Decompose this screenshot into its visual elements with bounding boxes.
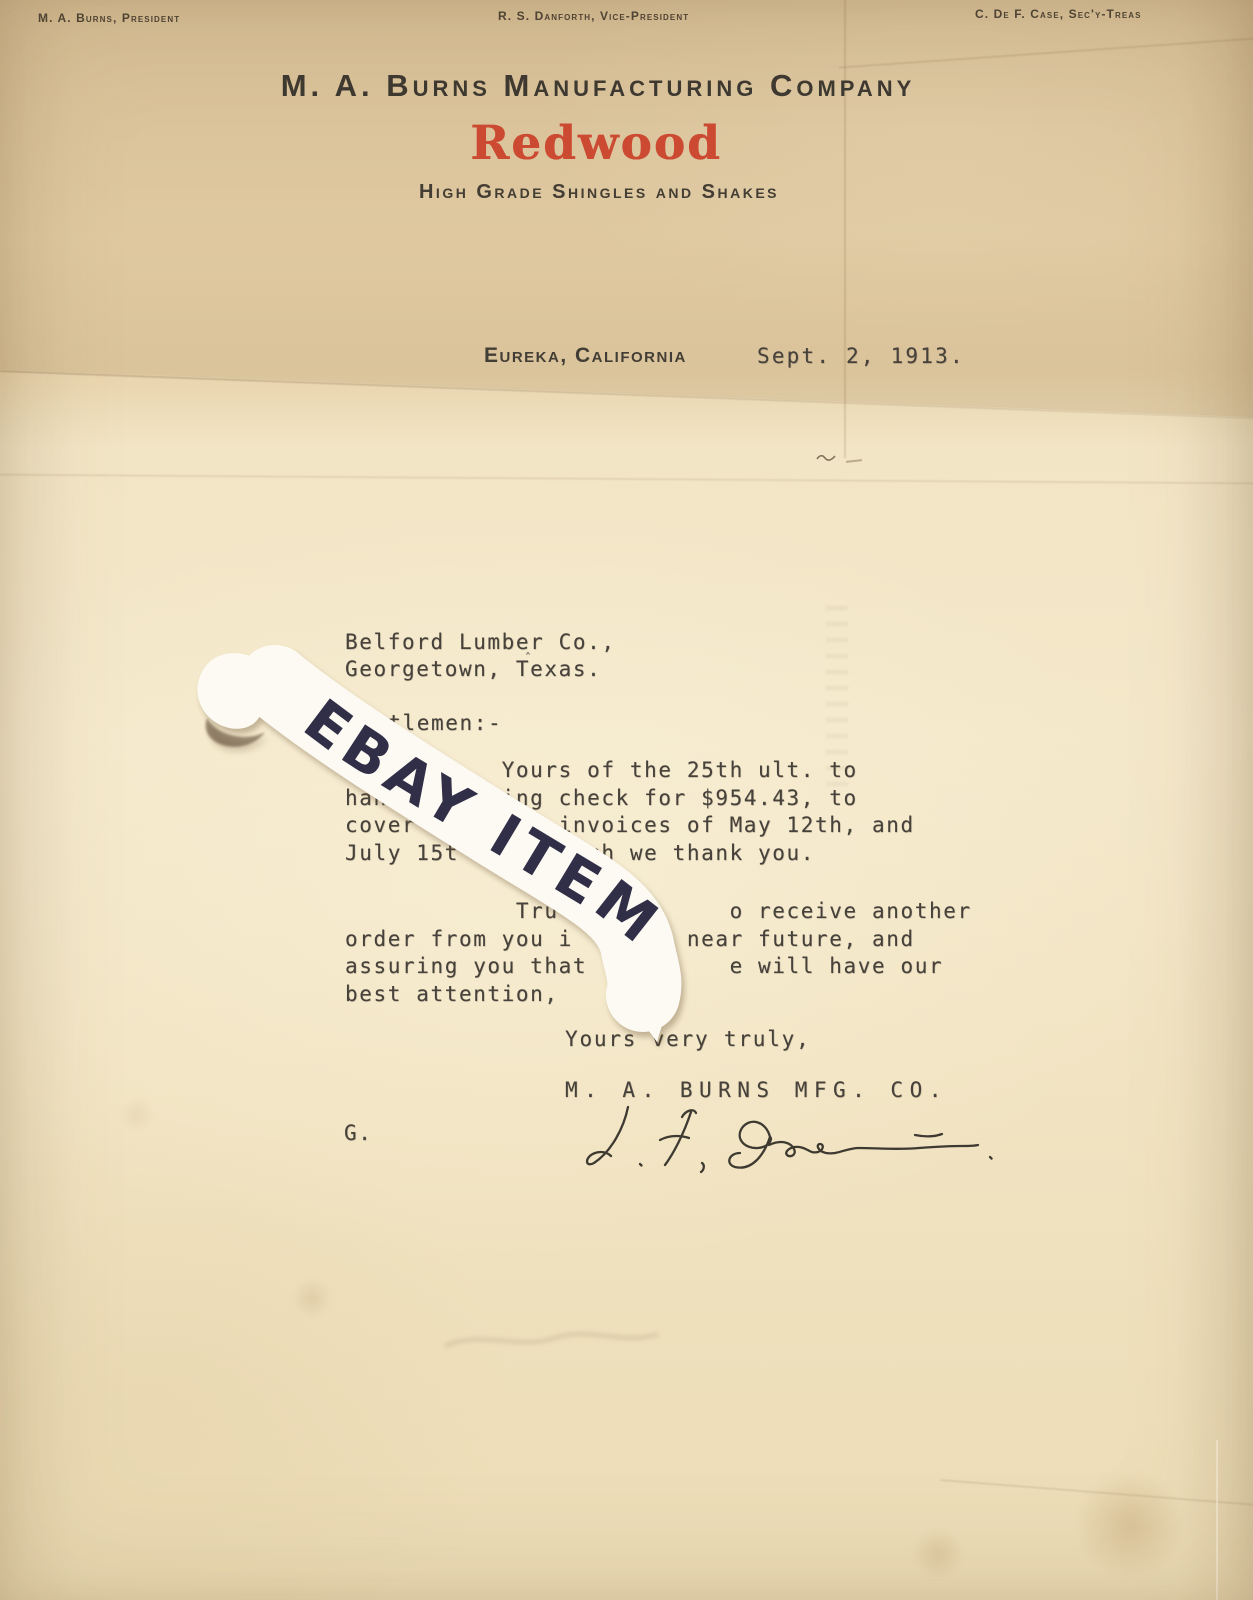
officer-secretary-treasurer: C. De F. Case, Sec'y-Treas <box>975 7 1142 21</box>
paper-stain <box>292 1278 332 1318</box>
scanned-letter-page: { "document_type": "Scanned 1913 typed b… <box>0 0 1253 1600</box>
paper-stain <box>912 1528 964 1580</box>
paper-stain <box>120 1098 154 1132</box>
brand-redwood: Redwood <box>470 116 722 171</box>
dateline-place: Eureka, California <box>484 344 687 368</box>
faint-horizontal-crease <box>0 474 1253 484</box>
handwritten-signature <box>570 1095 1000 1185</box>
sticker-text-path: EBAY ITEM <box>292 686 676 960</box>
sticker-text: EBAY ITEM <box>292 686 676 960</box>
dateline-date: Sept. 2, 1913. <box>757 343 965 371</box>
ebay-item-sticker: EBAY ITEM <box>165 630 745 1090</box>
typist-initial: G. <box>344 1120 373 1148</box>
horizontal-fold-crease <box>0 370 1253 420</box>
bottom-right-crease <box>940 1479 1253 1506</box>
stray-ink-squiggle <box>816 452 838 464</box>
officer-vice-president: R. S. Danforth, Vice-President <box>498 9 689 23</box>
top-right-crease <box>838 37 1253 68</box>
right-edge-scratch <box>1216 1440 1218 1600</box>
stray-ink-dash <box>846 459 862 463</box>
tagline: High Grade Shingles and Shakes <box>419 181 779 204</box>
company-name: M. A. Burns Manufacturing Company <box>281 68 916 104</box>
paper-stain <box>1075 1470 1185 1580</box>
officer-president: M. A. Burns, President <box>38 11 180 25</box>
faint-pencil-smudge <box>440 1318 670 1362</box>
